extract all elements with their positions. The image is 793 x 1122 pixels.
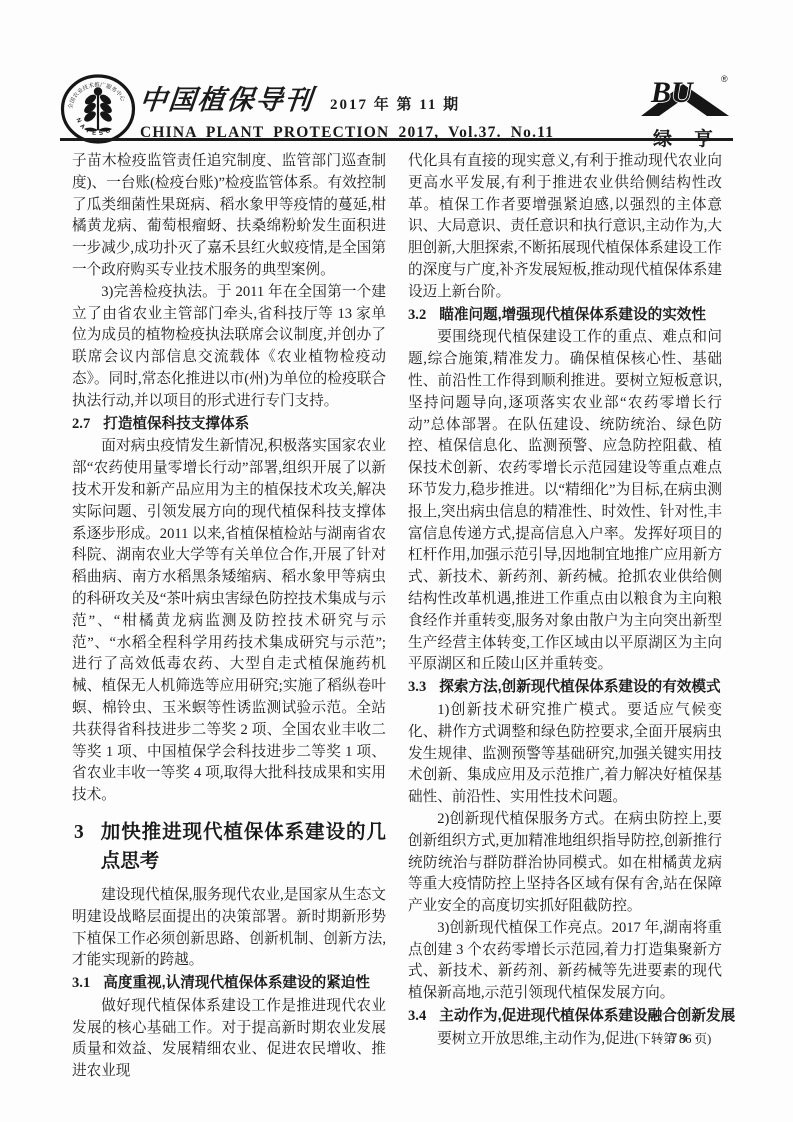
paragraph: 3)创新现代植保工作亮点。2017 年,湖南将重点创建 3 个农药零增长示范园,…	[408, 918, 722, 1005]
journal-page: 全国农业技术推广服务中心 NATESC 中国植保导刊	[0, 0, 793, 1122]
wheat-icon	[82, 87, 113, 131]
heading-title: 瞄准问题,增强现代植保体系建设的实效性	[439, 305, 706, 327]
subsection-heading: 3.4主动作为,促进现代植保体系建设融合创新发展	[408, 1006, 722, 1028]
heading-number: 3.1	[72, 973, 90, 995]
section-heading: 3加快推进现代植保体系建设的几点思考	[74, 818, 386, 877]
subsection-heading: 3.2瞄准问题,增强现代植保体系建设的实效性	[408, 305, 722, 327]
natesc-emblem-icon: 全国农业技术推广服务中心 NATESC	[60, 74, 136, 144]
paragraph: 建设现代植保,服务现代农业,是国家从生态文明建设战略层面提出的决策部署。新时期新…	[72, 885, 386, 972]
heading-number: 3.4	[408, 1006, 426, 1028]
subsection-heading: 2.7打造植保科技支撑体系	[72, 414, 386, 436]
heading-title: 打造植保科技支撑体系	[103, 414, 249, 436]
heading-title: 主动作为,促进现代植保体系建设融合创新发展	[439, 1006, 735, 1028]
subsection-heading: 3.1高度重视,认清现代植保体系建设的紧迫性	[72, 973, 386, 995]
paragraph: 子苗木检疫监管责任追究制度、监管部门巡查制度)、一台账(检疫台账)”检疫监管体系…	[72, 151, 386, 282]
page-header: 全国农业技术推广服务中心 NATESC 中国植保导刊	[60, 74, 735, 140]
article-body: 子苗木检疫监管责任追究制度、监管部门巡查制度)、一台账(检疫台账)”检疫监管体系…	[72, 151, 722, 1083]
heading-title: 高度重视,认清现代植保体系建设的紧迫性	[103, 973, 370, 995]
heading-number: 2.7	[72, 414, 90, 436]
subsection-heading: 3.3探索方法,创新现代植保体系建设的有效模式	[408, 677, 722, 699]
paragraph: 代化具有直接的现实意义,有利于推动现代农业向更高水平发展,有利于推进农业供给侧结…	[408, 151, 722, 304]
page-number: · 79 ·	[658, 1031, 701, 1048]
paragraph: 要围绕现代植保建设工作的重点、难点和问题,综合施策,精准发力。确保植保核心性、基…	[408, 327, 722, 676]
heading-title: 探索方法,创新现代植保体系建设的有效模式	[439, 677, 720, 699]
heading-number: 3	[74, 818, 84, 848]
paragraph: 做好现代植保体系建设工作是推进现代农业发展的核心基础工作。对于提高新时期农业发展…	[72, 996, 386, 1083]
svg-text:®: ®	[721, 74, 728, 84]
heading-number: 3.2	[408, 305, 426, 327]
heading-title: 加快推进现代植保体系建设的几点思考	[101, 818, 386, 877]
paragraph: 3)完善检疫执法。于 2011 年在全国第一个建立了由省农业主管部门牵头,省科技…	[72, 282, 386, 413]
journal-title-cn: 中国植保导刊	[138, 78, 316, 117]
journal-title-block: 中国植保导刊 2017 年 第 11 期 CHINA PLANT PROTECT…	[140, 78, 554, 142]
paragraph: 面对病虫疫情发生新情况,积极落实国家农业部“农药使用量零增长行动”部署,组织开展…	[72, 436, 386, 807]
heading-number: 3.3	[408, 677, 426, 699]
header-divider	[60, 138, 733, 141]
paragraph: 1)创新技术研究推广模式。要适应气候变化、耕作方式调整和绿色防控要求,全面开展病…	[408, 700, 722, 809]
journal-issue: 2017 年 第 11 期	[330, 93, 460, 114]
luheng-mark-icon: BU ®	[637, 72, 733, 118]
right-column: 代化具有直接的现实意义,有利于推动现代农业向更高水平发展,有利于推进农业供给侧结…	[408, 151, 722, 1083]
left-column: 子苗木检疫监管责任追究制度、监管部门巡查制度)、一台账(检疫台账)”检疫监管体系…	[72, 151, 386, 1083]
paragraph: 2)创新现代植保服务方式。在病虫防控上,要创新组织方式,更加精准地组织指导防控,…	[408, 809, 722, 918]
svg-text:BU: BU	[650, 76, 694, 109]
